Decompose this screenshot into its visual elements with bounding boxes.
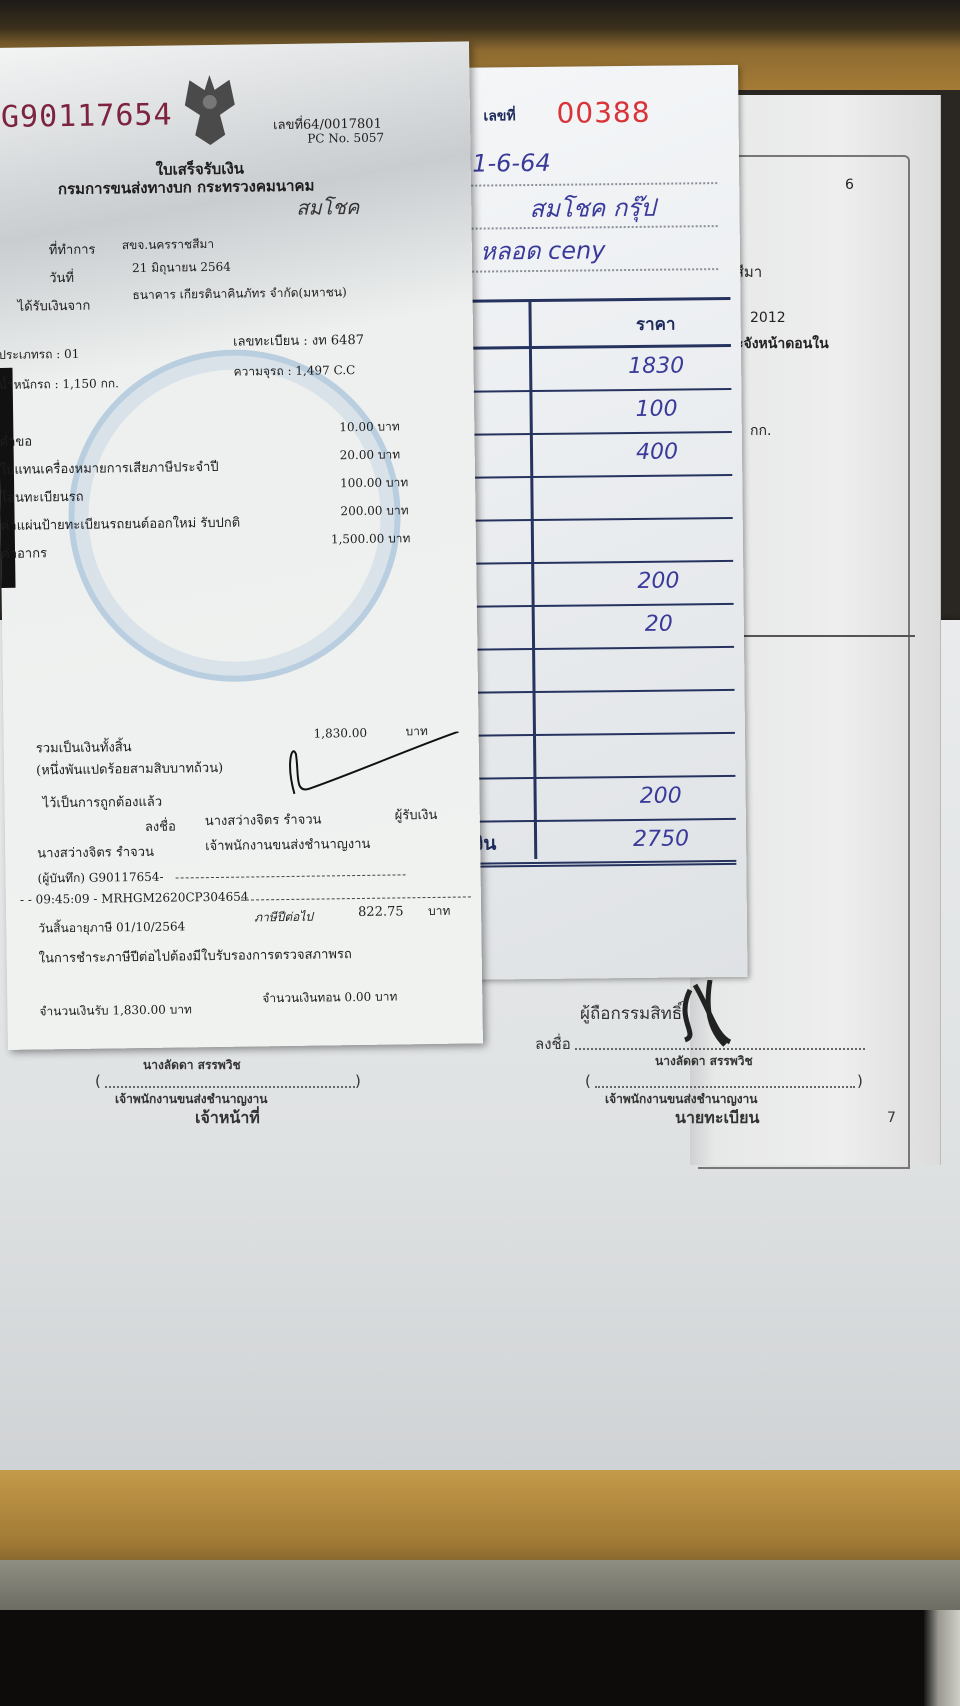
- cashier-signature: [284, 732, 465, 805]
- page-number-top: 6: [845, 177, 854, 193]
- plate-number: เลขทะเบียน : งท 6487: [233, 329, 364, 352]
- office-value: สขจ.นครราชสีมา: [122, 235, 215, 255]
- date-label: วันที่: [49, 267, 74, 288]
- table-row: [445, 691, 735, 737]
- fee-item-amount: 1,500.00 บาท: [331, 529, 411, 549]
- garuda-emblem-icon: [174, 70, 245, 151]
- certified-text: ไว้เป็นการถูกต้องแล้ว: [42, 791, 162, 814]
- receipt-no-label: เลขที่: [483, 105, 515, 127]
- handwritten-date: 21-6-64: [457, 149, 551, 178]
- price-cell: [585, 740, 735, 742]
- recorder: (ผู้บันทึก) G90117654-: [37, 868, 163, 889]
- price-header: ราคา: [581, 310, 731, 339]
- next-tax-value: 822.75: [358, 904, 404, 920]
- left-role: เจ้าหน้าที่: [195, 1106, 260, 1131]
- received-from-label: ได้รับเงินจาก: [17, 295, 90, 317]
- price-cell: 1830: [581, 353, 731, 380]
- vehicle-weight: น้ำหนักรถ : 1,150 กก.: [0, 374, 119, 395]
- shop-receipt: เลขที่ 00388 21-6-64 สมโชค กรุ๊ป หลอด ce…: [438, 65, 748, 980]
- total-row: รวมเงิน 2750: [446, 820, 736, 868]
- left-dotted-line: [105, 1086, 355, 1088]
- table-header: ราคา: [440, 297, 731, 350]
- table-row: 400: [442, 433, 732, 479]
- date-value: 21 มิถุนายน 2564: [132, 258, 231, 278]
- dashed-line: [176, 874, 406, 878]
- handwritten-note: สมโชค: [296, 191, 360, 224]
- owner-label: ผู้ถือกรรมสิทธิ์: [580, 1000, 682, 1027]
- price-cell: [585, 697, 735, 699]
- total-value: 2750: [586, 826, 736, 853]
- signer-position: เจ้าพนักงานขนส่งชำนาญงาน: [205, 833, 370, 856]
- fee-item-amount: 10.00 บาท: [339, 417, 400, 437]
- price-cell: 200: [586, 783, 736, 810]
- dotted-line: [447, 182, 717, 187]
- handwritten-name: สมโชค กรุ๊ป: [529, 188, 655, 228]
- desk-rail: [0, 1560, 960, 1610]
- table-row: 1830: [441, 347, 731, 393]
- next-tax-unit: บาท: [428, 902, 451, 921]
- desk-background-bottom: [0, 1470, 960, 1560]
- price-cell: 400: [582, 439, 732, 466]
- vehicle-type: ประเภทรถ : 01: [0, 345, 80, 365]
- total-label: รวมเป็นเงินทั้งสิ้น: [36, 736, 132, 758]
- pc-number: PC No. 5057: [307, 131, 384, 146]
- table-row: 200: [445, 777, 735, 823]
- left-paren: (: [95, 1072, 101, 1090]
- signer-name-2: นางสว่างจิตร รำจวน: [37, 841, 154, 864]
- department-name: กรมการขนส่งทางบก กระทรวงคมนาคม: [58, 174, 315, 202]
- fee-item-amount: 20.00 บาท: [340, 445, 401, 465]
- change-amount: จำนวนเงินทอน 0.00 บาท: [262, 987, 397, 1008]
- fee-item-label: คำขอ: [0, 431, 32, 452]
- engine-capacity: ความจุรถ : 1,497 C.C: [233, 361, 355, 382]
- trace-code: - - 09:45:09 - MRHGM2620CP304654: [20, 890, 249, 907]
- receipt-serial: G90117654: [1, 98, 173, 135]
- left-paren-close: ): [355, 1072, 361, 1090]
- received-from-value: ธนาคาร เกียรตินาคินภัทร จำกัด(มหาชน): [132, 283, 347, 305]
- next-tax-label: ภาษีปีต่อไป: [254, 908, 313, 928]
- signature-scribble: [670, 980, 750, 1060]
- price-cell: [582, 482, 732, 484]
- table-row: [443, 519, 733, 565]
- floor-shadow: [0, 1610, 960, 1706]
- year-value: 2012: [750, 310, 786, 326]
- kg-text: กก.: [750, 420, 771, 442]
- table-row: 20: [444, 605, 734, 651]
- right-paren-close: ): [857, 1072, 863, 1090]
- price-cell: 100: [581, 396, 731, 423]
- right-role: นายทะเบียน: [675, 1106, 759, 1131]
- fee-item-label: ใบแทนเครื่องหมายการเสียภาษีประจำปี: [0, 456, 219, 480]
- office-label: ที่ทำการ: [49, 239, 96, 261]
- amount-received: จำนวนเงินรับ 1,830.00 บาท: [39, 1000, 192, 1021]
- price-cell: [583, 525, 733, 527]
- right-dotted-line: [595, 1086, 855, 1088]
- fee-item-label: ค่าอากร: [1, 542, 47, 564]
- inspection-notice: ในการชำระภาษีปีต่อไปต้องมีใบรับรองการตรว…: [39, 943, 352, 968]
- fee-item-label: โอนทะเบียนรถ: [0, 486, 84, 508]
- page-number-bottom: 7: [887, 1110, 896, 1126]
- receipt-no-value: 00388: [556, 96, 650, 130]
- table-row: 200: [443, 562, 733, 608]
- price-cell: 200: [583, 568, 733, 595]
- dotted-line: [448, 225, 718, 230]
- receiver-label: ผู้รับเงิน: [395, 804, 438, 826]
- total-in-words: (หนึ่งพันแปดร้อยสามสิบบาทถ้วน): [36, 757, 223, 781]
- price-cell: [584, 654, 734, 656]
- tax-expiry: วันสิ้นอายุภาษี 01/10/2564: [38, 917, 185, 938]
- table-row: [445, 734, 735, 780]
- dashed-line: [241, 896, 471, 900]
- signer-name: นางสว่างจิตร รำจวน: [205, 809, 322, 832]
- sign-label: ลงชื่อ: [535, 1032, 571, 1056]
- dlt-receipt: G90117654 เลขที่64/0017801 PC No. 5057 ใ…: [0, 41, 483, 1050]
- sign-label: ลงชื่อ: [145, 816, 176, 837]
- left-officer-name: นางลัดดา สรรพวิช: [143, 1056, 241, 1075]
- table-row: 100: [441, 390, 731, 436]
- handwritten-line3: หลอด ceny: [480, 230, 606, 270]
- price-cell: 20: [584, 611, 734, 638]
- fee-item-amount: 200.00 บาท: [340, 501, 408, 521]
- fee-item-amount: 100.00 บาท: [340, 473, 408, 493]
- table-row: [444, 648, 734, 694]
- right-paren: (: [585, 1072, 591, 1090]
- fee-item-label: ค่าแผ่นป้ายทะเบียนรถยนต์ออกใหม่ รับปกติ: [1, 512, 241, 536]
- price-table: ราคา 183010040020020200 รวมเงิน 2750: [440, 297, 736, 868]
- table-row: [442, 476, 732, 522]
